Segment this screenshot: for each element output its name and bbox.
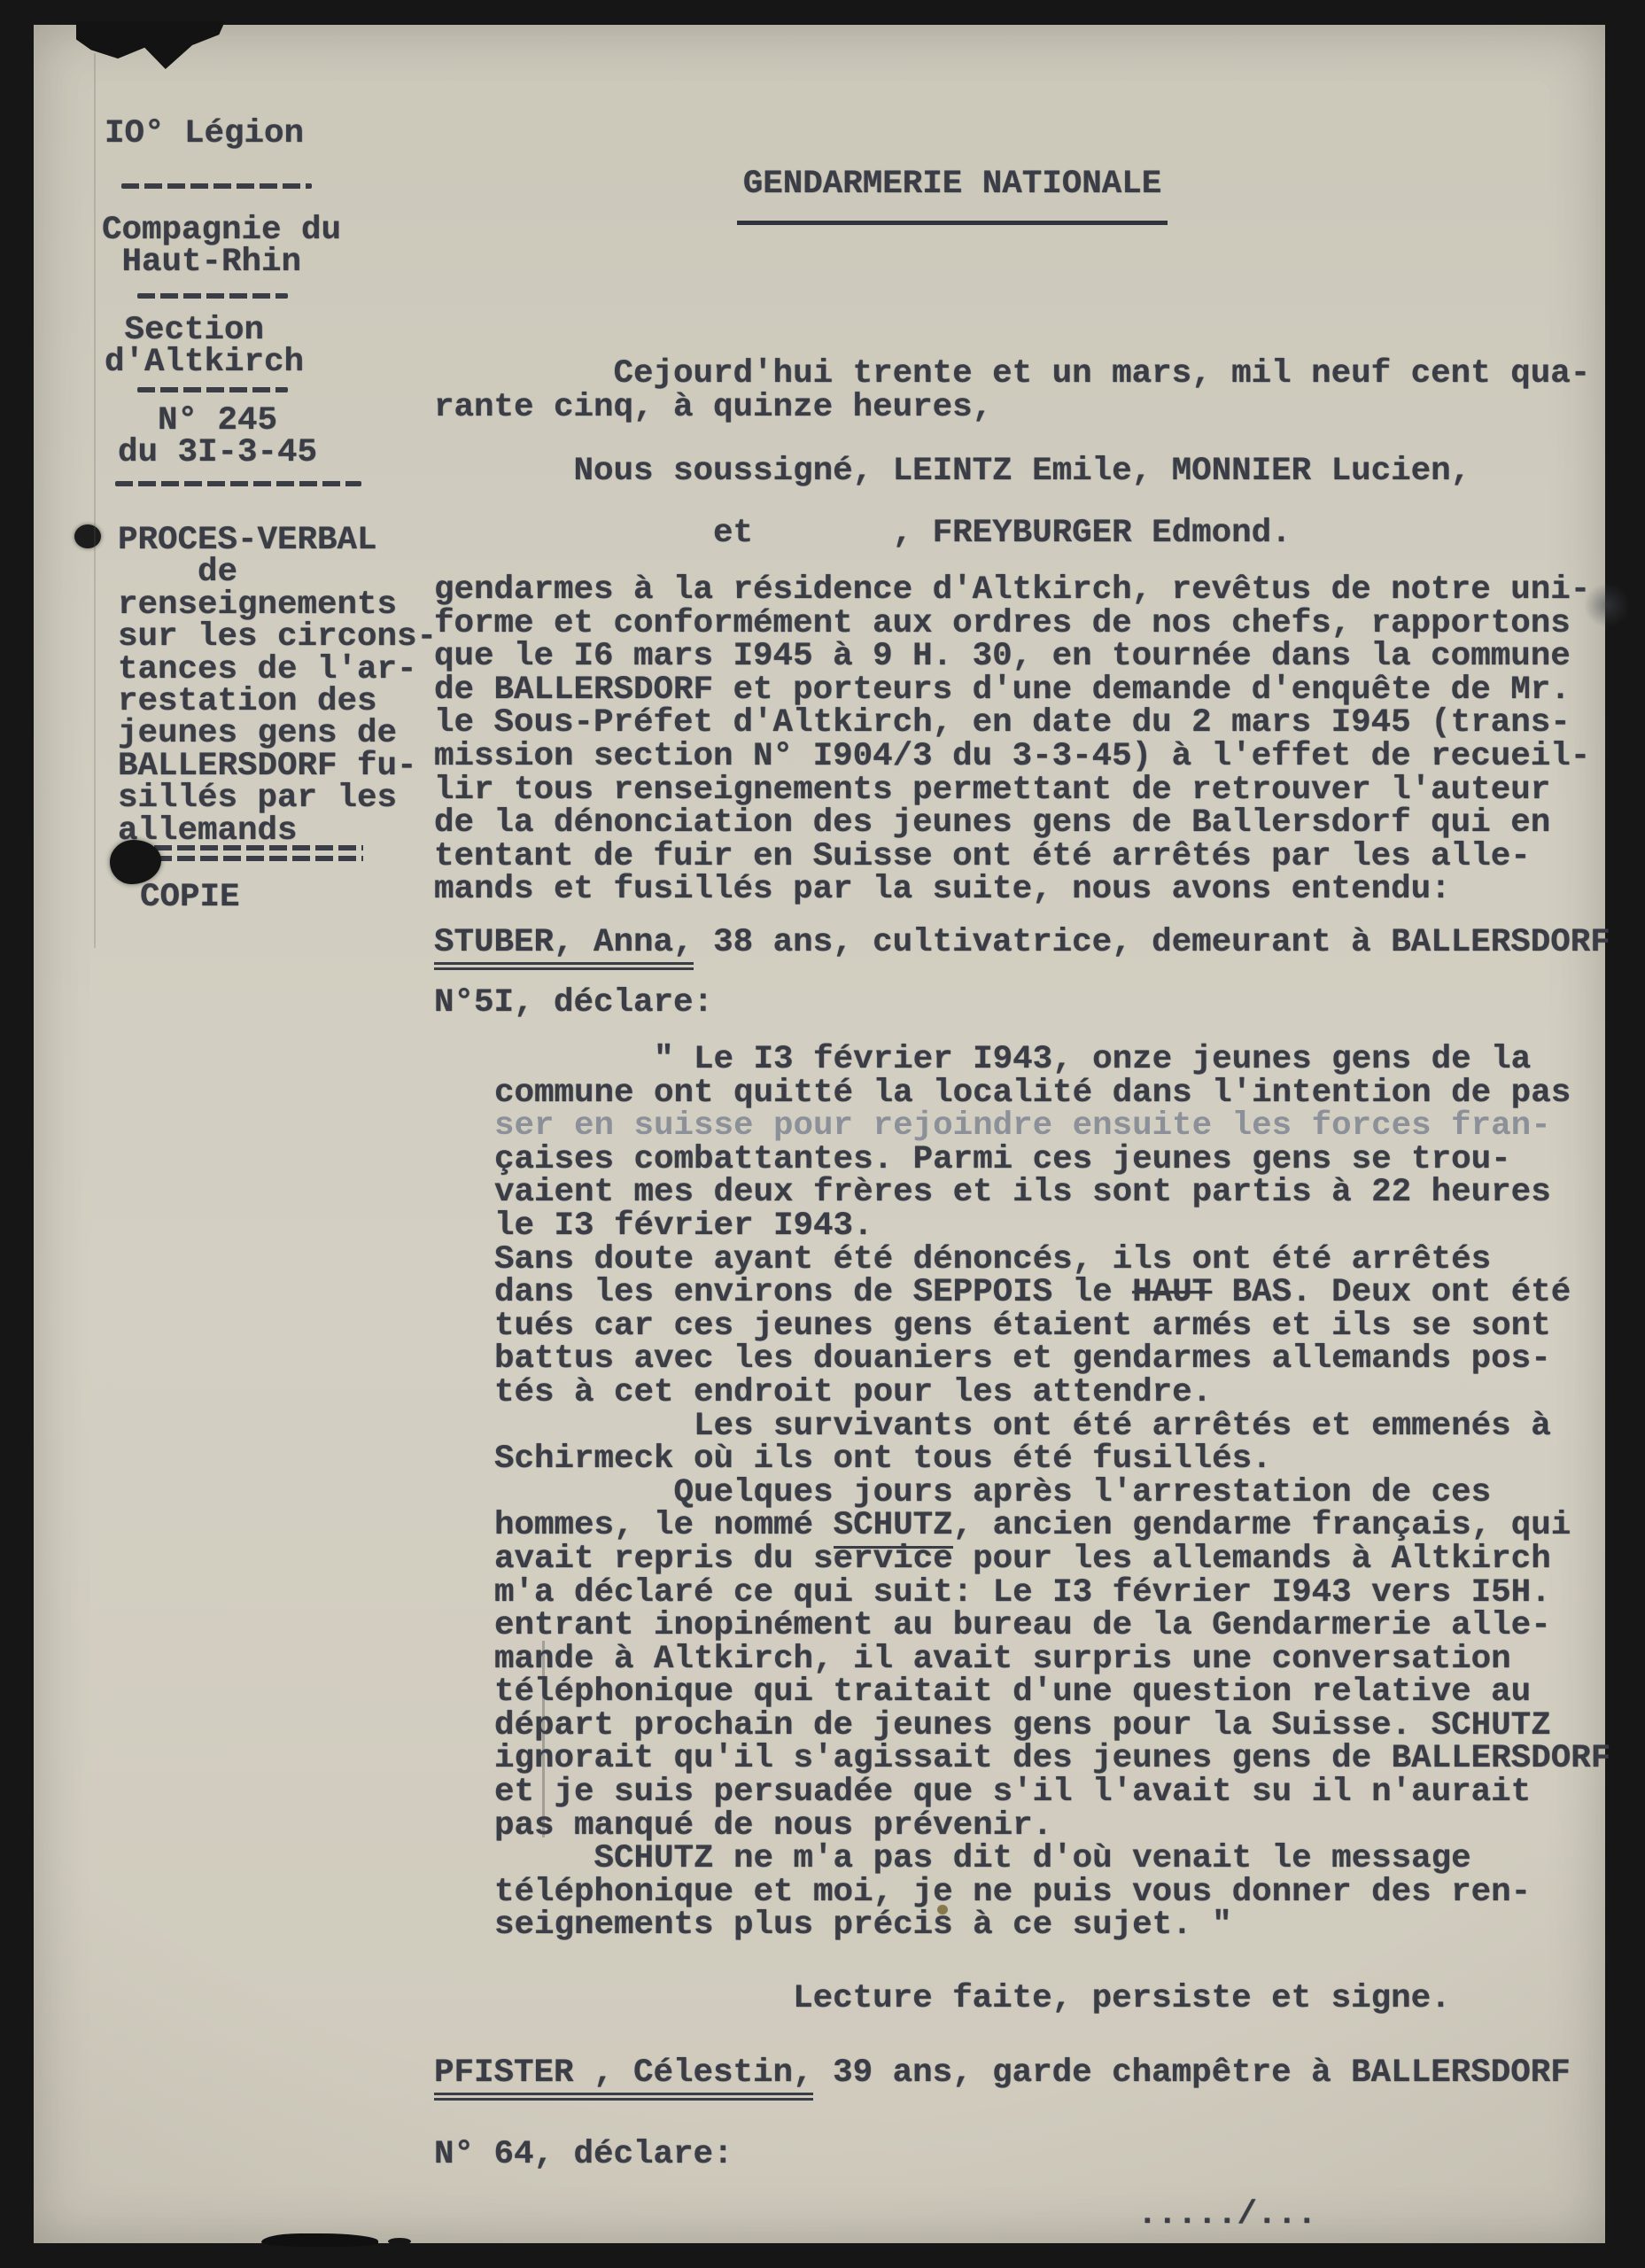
- text-line: hommes, le nommé SCHUTZ, ancien gendarme…: [494, 1510, 1610, 1543]
- scan-frame: IO° LégionCompagnie du Haut-Rhin Section…: [0, 0, 1645, 2268]
- text-line: et je suis persuadée que s'il l'avait su…: [494, 1776, 1610, 1810]
- text-line: entrant inopinément au bureau de la Gend…: [494, 1610, 1610, 1643]
- torn-corner: [76, 21, 225, 69]
- text-line: tances de l'ar-: [118, 654, 437, 686]
- text-line: Compagnie du: [102, 214, 341, 246]
- text-line: BALLERSDORF fu-: [118, 750, 437, 782]
- text-line: forme et conformément aux ordres de nos …: [434, 608, 1590, 641]
- text-line: de la dénonciation des jeunes gens de Ba…: [434, 807, 1590, 841]
- report-paragraph: gendarmes à la résidence d'Altkirch, rev…: [434, 574, 1590, 907]
- text-line: le I3 février I943.: [494, 1210, 1610, 1244]
- text-line: " Le I3 février I943, onze jeunes gens d…: [494, 1044, 1610, 1077]
- signatories-line: Nous soussigné, LEINTZ Emile, MONNIER Lu…: [434, 455, 1470, 489]
- bottom-edge-tear-small: [388, 2238, 411, 2245]
- legion-heading: IO° Légion: [105, 118, 304, 150]
- text-line: ignorait qu'il s'agissait des jeunes gen…: [494, 1743, 1610, 1776]
- text-line: allemands: [118, 815, 437, 847]
- text-line: que le I6 mars I945 à 9 H. 30, en tourné…: [434, 641, 1590, 674]
- text-line: GENDARMERIE NATIONALE: [737, 168, 1168, 202]
- emphasized-text: STUBER, Anna,: [434, 924, 694, 970]
- stuber-declaration: " Le I3 février I943, onze jeunes gens d…: [494, 1044, 1610, 1943]
- paper-crease: [94, 53, 96, 948]
- text-line: Quelques jours après l'arrestation de ce…: [494, 1477, 1610, 1511]
- text-line: tés à cet endroit pour les attendre.: [494, 1377, 1610, 1410]
- punch-hole-top: [74, 524, 101, 548]
- text-line: Schirmeck où ils ont tous été fusillés.: [494, 1443, 1610, 1477]
- text-line: pas manqué de nous prévenir.: [494, 1810, 1610, 1844]
- paper-speck: [937, 1905, 948, 1915]
- text-line: avait repris du service pour les alleman…: [494, 1543, 1610, 1577]
- text-line: battus avec les douaniers et gendarmes a…: [494, 1343, 1610, 1377]
- witness-stuber: STUBER, Anna, 38 ans, cultivatrice, deme…: [434, 927, 1610, 960]
- report-object: PROCES-VERBAL derenseignementssur les ci…: [118, 524, 437, 847]
- text-line: dans les environs de SEPPOIS le HAUT BAS…: [494, 1277, 1610, 1310]
- witness-pfister: PFISTER , Célestin, 39 ans, garde champê…: [434, 2057, 1571, 2091]
- text-line: IO° Légion: [105, 118, 304, 150]
- text-line: COPIE: [140, 882, 240, 913]
- text-line: Haut-Rhin: [102, 246, 341, 278]
- emphasized-text: HAUT: [1132, 1274, 1212, 1311]
- pfister-declares: N° 64, déclare:: [434, 2139, 733, 2172]
- text-line: départ prochain de jeunes gens pour la S…: [494, 1710, 1610, 1744]
- divider-1: [121, 183, 312, 189]
- text-segment: hommes, le nommé: [494, 1507, 834, 1544]
- opening-paragraph: Cejourd'hui trente et un mars, mil neuf …: [434, 358, 1590, 424]
- document-title: GENDARMERIE NATIONALE: [737, 168, 1168, 225]
- document-content: IO° LégionCompagnie du Haut-Rhin Section…: [0, 0, 1645, 2268]
- text-line: vaient mes deux frères et ils sont parti…: [494, 1177, 1610, 1210]
- text-line: SCHUTZ ne m'a pas dit d'où venait le mes…: [494, 1843, 1610, 1876]
- closing-formula: Lecture faite, persiste et signe.: [434, 1983, 1451, 2016]
- text-line: renseignements: [118, 589, 437, 621]
- text-line: de BALLERSDORF et porteurs d'une demande…: [434, 674, 1590, 708]
- signatory-line-2: et , FREYBURGER Edmond.: [434, 517, 1292, 551]
- text-line: le Sous-Préfet d'Altkirch, en date du 2 …: [434, 707, 1590, 741]
- text-line: sur les circons-: [118, 621, 437, 653]
- continuation-dots: ...../...: [1137, 2199, 1317, 2233]
- divider-2: [137, 293, 288, 299]
- divider-4: [115, 481, 361, 486]
- section-heading: Sectiond'Altkirch: [105, 315, 304, 379]
- text-line: seignements plus précis à ce sujet. ": [494, 1909, 1610, 1943]
- text-line: mission section N° I904/3 du 3-3-45) à l…: [434, 741, 1590, 774]
- text-segment: dans les environs de SEPPOIS le: [494, 1274, 1132, 1311]
- text-line: d'Altkirch: [105, 346, 304, 378]
- text-line: ser en suisse pour rejoindre ensuite les…: [494, 1110, 1610, 1144]
- text-line: du 3I-3-45: [118, 437, 317, 469]
- text-line: STUBER, Anna, 38 ans, cultivatrice, deme…: [434, 927, 1610, 960]
- emphasized-text: PFISTER , Célestin,: [434, 2054, 813, 2101]
- company-heading: Compagnie du Haut-Rhin: [102, 214, 341, 279]
- text-line: N° 64, déclare:: [434, 2139, 733, 2172]
- text-line: N° 245: [118, 405, 317, 437]
- text-line: tués car ces jeunes gens étaient armés e…: [494, 1310, 1610, 1344]
- copy-label: COPIE: [140, 882, 240, 913]
- text-line: gendarmes à la résidence d'Altkirch, rev…: [434, 574, 1590, 608]
- divider-3: [137, 387, 288, 392]
- text-line: PROCES-VERBAL: [118, 524, 437, 556]
- text-line: Sans doute ayant été dénoncés, ils ont é…: [494, 1244, 1610, 1278]
- bottom-edge-tear: [261, 2233, 378, 2247]
- text-line: PFISTER , Célestin, 39 ans, garde champê…: [434, 2057, 1571, 2091]
- text-line: tentant de fuir en Suisse ont été arrêté…: [434, 841, 1590, 874]
- text-line: lir tous renseignements permettant de re…: [434, 774, 1590, 808]
- text-segment: 39 ans, garde champêtre à BALLERSDORF: [813, 2054, 1571, 2092]
- text-line: Lecture faite, persiste et signe.: [434, 1983, 1451, 2016]
- text-line: N°5I, déclare:: [434, 987, 713, 1021]
- text-line: de: [118, 556, 437, 588]
- text-line: jeunes gens de: [118, 718, 437, 750]
- text-line: téléphonique qui traitait d'une question…: [494, 1676, 1610, 1710]
- text-line: Nous soussigné, LEINTZ Emile, MONNIER Lu…: [434, 455, 1470, 489]
- text-line: commune ont quitté la localité dans l'in…: [494, 1077, 1610, 1111]
- text-line: sillés par les: [118, 782, 437, 814]
- text-segment: 38 ans, cultivatrice, demeurant à BALLER…: [694, 924, 1610, 961]
- text-line: Section: [105, 315, 304, 346]
- text-line: rante cinq, à quinze heures,: [434, 392, 1590, 425]
- text-line: Les survivants ont été arrêtés et emmené…: [494, 1410, 1610, 1444]
- text-line: çaises combattantes. Parmi ces jeunes ge…: [494, 1144, 1610, 1177]
- stuber-declares: N°5I, déclare:: [434, 987, 713, 1021]
- text-line: téléphonique et moi, je ne puis vous don…: [494, 1876, 1610, 1910]
- text-line: mande à Altkirch, il avait surpris une c…: [494, 1643, 1610, 1677]
- text-segment: BAS. Deux ont été: [1212, 1274, 1571, 1311]
- report-number: N° 245du 3I-3-45: [118, 405, 317, 470]
- divider-5: [131, 845, 363, 861]
- ink-smudge: [1584, 583, 1630, 627]
- text-line: m'a déclaré ce qui suit: Le I3 février I…: [494, 1577, 1610, 1611]
- punch-hole-bottom: [110, 840, 161, 884]
- text-line: Cejourd'hui trente et un mars, mil neuf …: [434, 358, 1590, 392]
- text-line: ...../...: [1137, 2199, 1317, 2233]
- margin-pen-mark: [542, 1641, 545, 1837]
- text-line: et , FREYBURGER Edmond.: [434, 517, 1292, 551]
- text-segment: , ancien gendarme français, qui: [953, 1507, 1571, 1544]
- text-line: mands et fusillés par la suite, nous avo…: [434, 874, 1590, 907]
- text-line: restation des: [118, 686, 437, 718]
